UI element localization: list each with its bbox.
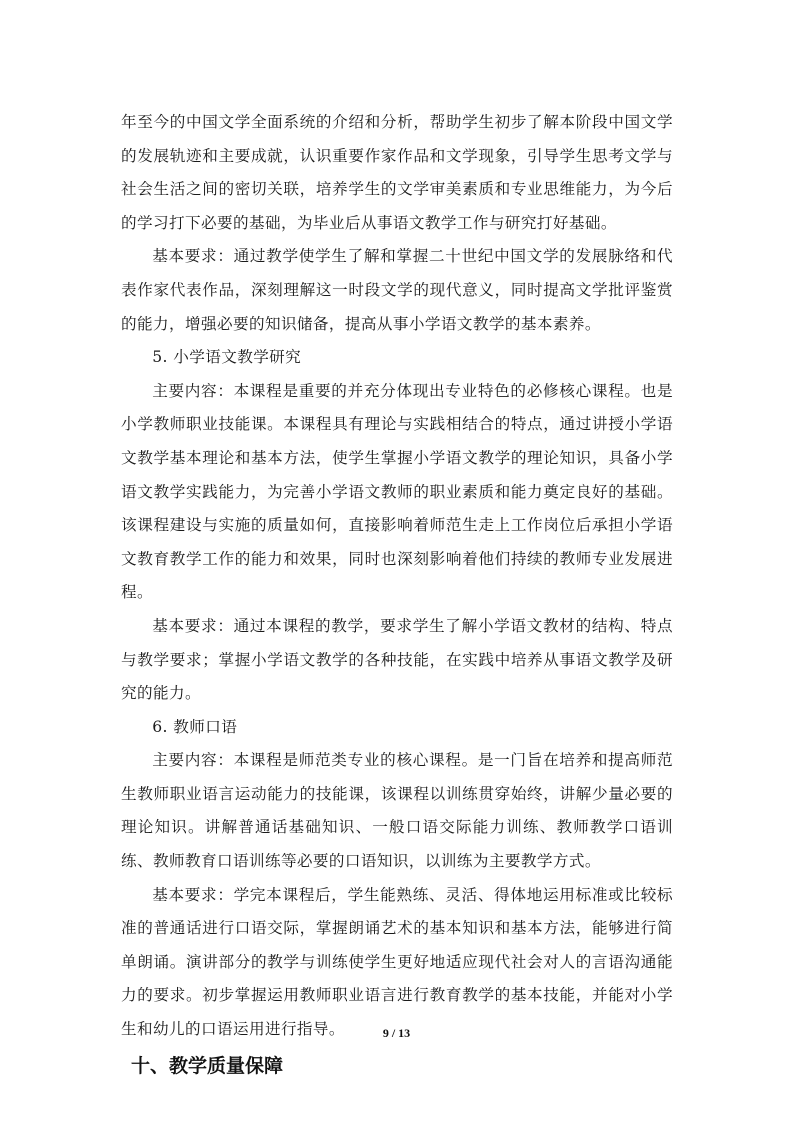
section-title: 十、教学质量保障 [121, 1049, 673, 1083]
document-page: 年至今的中国文学全面系统的介绍和分析，帮助学生初步了解本阶段中国文学的发展轨迹和… [121, 106, 673, 1083]
paragraph-main-content-course-6: 主要内容：本课程是师范类专业的核心课程。是一门旨在培养和提高师范生教师职业语言运… [121, 744, 673, 878]
paragraph-basic-requirements-course-5: 基本要求：通过本课程的教学，要求学生了解小学语文教材的结构、特点与教学要求；掌握… [121, 610, 673, 711]
subheading-course-6: 6. 教师口语 [121, 711, 673, 745]
page-number: 9 / 13 [0, 1026, 793, 1041]
paragraph-main-content-course-5: 主要内容：本课程是重要的并充分体现出专业特色的必修核心课程。也是小学教师职业技能… [121, 375, 673, 610]
paragraph-basic-requirements-literature: 基本要求：通过教学使学生了解和掌握二十世纪中国文学的发展脉络和代表作家代表作品，… [121, 240, 673, 341]
paragraph-continuation: 年至今的中国文学全面系统的介绍和分析，帮助学生初步了解本阶段中国文学的发展轨迹和… [121, 106, 673, 240]
subheading-course-5: 5. 小学语文教学研究 [121, 341, 673, 375]
paragraph-basic-requirements-course-6: 基本要求：学完本课程后，学生能熟练、灵活、得体地运用标准或比较标准的普通话进行口… [121, 879, 673, 1047]
